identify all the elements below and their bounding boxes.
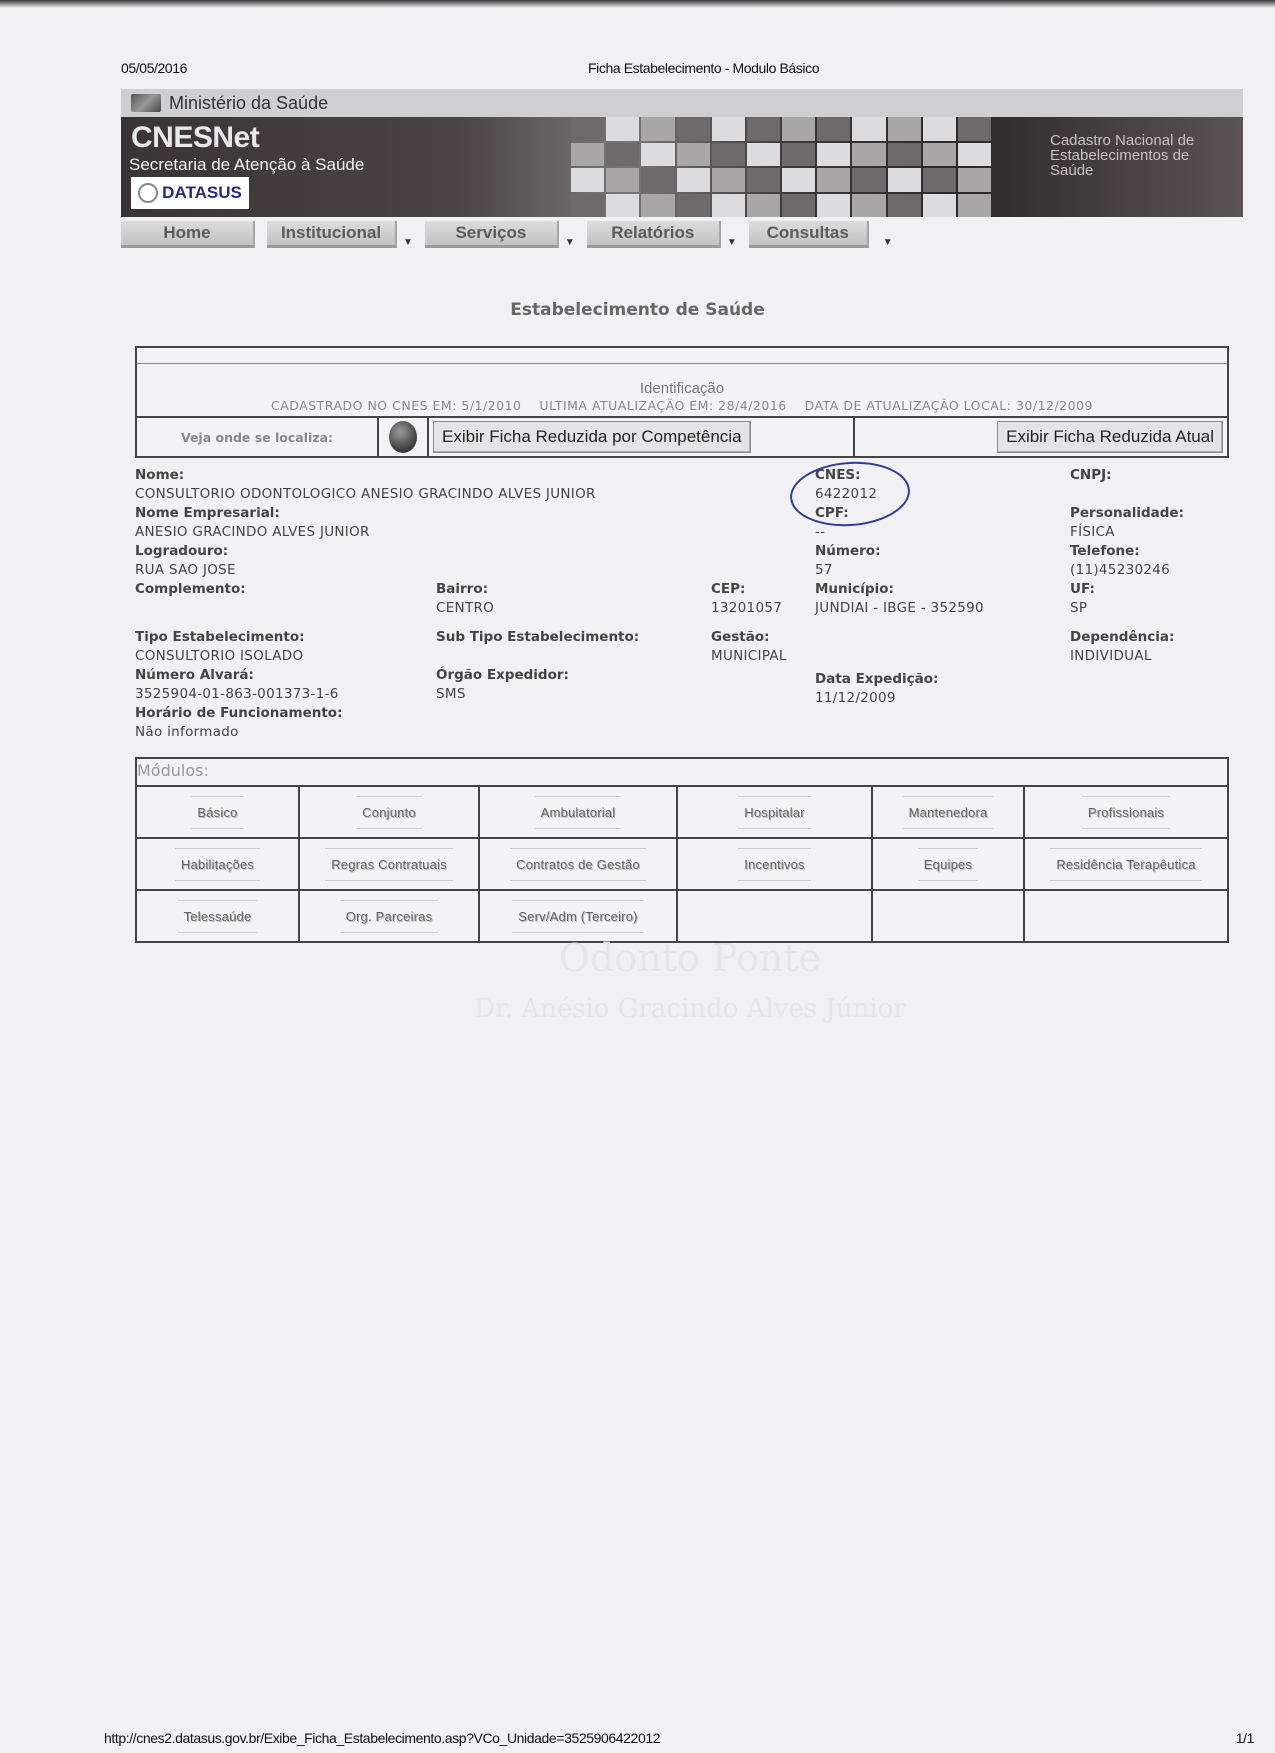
modulo-cell: Residência Terapêutica bbox=[1025, 839, 1227, 891]
menu-item-servicos[interactable]: Serviços ▼ bbox=[425, 220, 575, 248]
modulos-grid: BásicoConjuntoAmbulatorialHospitalarMant… bbox=[137, 785, 1227, 941]
menu-item-home[interactable]: Home bbox=[121, 220, 255, 248]
modulo-button[interactable]: Equipes bbox=[918, 848, 978, 881]
field-horario: Horário de Funcionamento: Não informado bbox=[135, 705, 342, 743]
field-personalidade: Personalidade: FÍSICA bbox=[1070, 505, 1184, 543]
field-telefone: Telefone: (11)45230246 bbox=[1070, 543, 1170, 581]
modulo-cell bbox=[678, 891, 873, 941]
watermark-name: Dr. Anésio Gracindo Alves Júnior bbox=[420, 994, 960, 1024]
field-logradouro: Logradouro: RUA SAO JOSE bbox=[135, 543, 236, 581]
modulo-button[interactable]: Regras Contratuais bbox=[325, 848, 453, 881]
site-banner: Ministério da Saúde CNESNet Secretaria d… bbox=[121, 89, 1243, 219]
field-cnpj: CNPJ: bbox=[1070, 467, 1112, 505]
cadastrado-date: CADASTRADO NO CNES EM: 5/1/2010 bbox=[271, 398, 522, 413]
chevron-down-icon[interactable]: ▼ bbox=[403, 237, 413, 248]
modulo-cell: Regras Contratuais bbox=[300, 839, 480, 891]
identificacao-dates: CADASTRADO NO CNES EM: 5/1/2010 ULTIMA A… bbox=[137, 398, 1227, 416]
modulos-title: Módulos: bbox=[137, 759, 1227, 785]
field-gestao: Gestão: MUNICIPAL bbox=[711, 629, 787, 667]
datasus-logo[interactable]: DATASUS bbox=[131, 177, 249, 209]
field-sub-tipo: Sub Tipo Estabelecimento: bbox=[436, 629, 639, 667]
app-logo[interactable]: CNESNet bbox=[131, 121, 259, 155]
modulo-button[interactable]: Incentivos bbox=[738, 848, 811, 881]
ultima-atualizacao-date: ULTIMA ATUALIZAÇÃO EM: 28/4/2016 bbox=[539, 398, 786, 413]
banner-tagline: Cadastro Nacional de Estabelecimentos de… bbox=[1050, 133, 1235, 178]
menu-home-button[interactable]: Home bbox=[121, 221, 255, 248]
modulo-button[interactable]: Mantenedora bbox=[903, 796, 994, 829]
chevron-down-icon[interactable]: ▼ bbox=[565, 237, 575, 248]
banner-photo-mosaic bbox=[571, 117, 991, 217]
modulo-cell: Básico bbox=[137, 787, 300, 839]
field-dependencia: Dependência: INDIVIDUAL bbox=[1070, 629, 1174, 667]
atual-cell: Exibir Ficha Reduzida Atual bbox=[855, 418, 1227, 456]
print-title: Ficha Estabelecimento - Modulo Básico bbox=[588, 60, 819, 76]
field-municipio: Município: JUNDIAI - IBGE - 352590 bbox=[815, 581, 984, 619]
main-menu: Home Institucional ▼ Serviços ▼ Relatóri… bbox=[121, 220, 905, 248]
modulo-button[interactable]: Habilitações bbox=[175, 848, 260, 881]
chevron-down-icon[interactable]: ▼ bbox=[727, 237, 737, 248]
menu-consultas-button[interactable]: Consultas bbox=[749, 221, 869, 248]
field-cpf: CPF: -- bbox=[815, 505, 849, 543]
field-numero-alvara: Número Alvará: 3525904-01-863-001373-1-6 bbox=[135, 667, 339, 705]
ficha-atual-button[interactable]: Exibir Ficha Reduzida Atual bbox=[997, 421, 1223, 453]
modulo-button[interactable]: Básico bbox=[191, 796, 243, 829]
menu-item-institucional[interactable]: Institucional ▼ bbox=[267, 220, 413, 248]
brazil-flag-icon bbox=[131, 94, 161, 112]
modulo-cell: Serv/Adm (Terceiro) bbox=[480, 891, 678, 941]
panel-header-strip bbox=[137, 348, 1227, 364]
field-nome-empresarial: Nome Empresarial: ANESIO GRACINDO ALVES … bbox=[135, 505, 370, 543]
globe-icon[interactable] bbox=[389, 421, 417, 453]
modulo-cell: Mantenedora bbox=[873, 787, 1025, 839]
menu-relatorios-button[interactable]: Relatórios bbox=[587, 221, 721, 248]
bleed-through-watermark: Odonto Ponte Dr. Anésio Gracindo Alves J… bbox=[420, 940, 960, 1024]
identificacao-panel: Identificação CADASTRADO NO CNES EM: 5/1… bbox=[135, 346, 1229, 458]
modulo-cell: Profissionais bbox=[1025, 787, 1227, 839]
ficha-competencia-button[interactable]: Exibir Ficha Reduzida por Competência bbox=[433, 421, 751, 453]
modulo-cell: Contratos de Gestão bbox=[480, 839, 678, 891]
modulo-cell: Telessaúde bbox=[137, 891, 300, 941]
page-title: Estabelecimento de Saúde bbox=[0, 300, 1275, 320]
menu-servicos-button[interactable]: Serviços bbox=[425, 221, 559, 248]
field-numero: Número: 57 bbox=[815, 543, 880, 581]
page-number: 1/1 bbox=[1236, 1730, 1254, 1746]
field-nome: Nome: CONSULTORIO ODONTOLOGICO ANESIO GR… bbox=[135, 467, 596, 505]
localiza-label: Veja onde se localiza: bbox=[137, 418, 379, 456]
chevron-down-icon[interactable]: ▼ bbox=[883, 237, 893, 248]
modulo-cell bbox=[1025, 891, 1227, 941]
print-date: 05/05/2016 bbox=[121, 60, 187, 76]
modulo-cell bbox=[873, 891, 1025, 941]
field-complemento: Complemento: bbox=[135, 581, 246, 619]
modulo-cell: Habilitações bbox=[137, 839, 300, 891]
modulo-cell: Conjunto bbox=[300, 787, 480, 839]
page-url: http://cnes2.datasus.gov.br/Exibe_Ficha_… bbox=[104, 1730, 660, 1746]
modulo-cell: Org. Parceiras bbox=[300, 891, 480, 941]
modulo-button[interactable]: Contratos de Gestão bbox=[510, 848, 646, 881]
modulo-button[interactable]: Conjunto bbox=[356, 796, 422, 829]
atualizacao-local-date: DATA DE ATUALIZAÇÃO LOCAL: 30/12/2009 bbox=[805, 398, 1093, 413]
menu-institucional-button[interactable]: Institucional bbox=[267, 221, 397, 248]
competencia-cell: Exibir Ficha Reduzida por Competência bbox=[429, 418, 855, 456]
scan-edge bbox=[0, 0, 1275, 8]
menu-item-consultas[interactable]: Consultas ▼ bbox=[749, 220, 893, 248]
globe-cell bbox=[379, 418, 429, 456]
modulo-button[interactable]: Ambulatorial bbox=[535, 796, 622, 829]
ministry-bar: Ministério da Saúde bbox=[121, 89, 1243, 117]
banner-band: CNESNet Secretaria de Atenção à Saúde DA… bbox=[121, 117, 1243, 217]
field-bairro: Bairro: CENTRO bbox=[436, 581, 494, 619]
field-uf: UF: SP bbox=[1070, 581, 1095, 619]
field-cnes: CNES: 6422012 bbox=[815, 467, 877, 505]
identificacao-actions: Veja onde se localiza: Exibir Ficha Redu… bbox=[137, 416, 1227, 456]
modulo-cell: Equipes bbox=[873, 839, 1025, 891]
ministry-name: Ministério da Saúde bbox=[169, 93, 328, 114]
modulo-cell: Ambulatorial bbox=[480, 787, 678, 839]
field-data-expedicao: Data Expedição: 11/12/2009 bbox=[815, 671, 938, 709]
identificacao-title: Identificação bbox=[137, 380, 1227, 397]
datasus-icon bbox=[138, 183, 158, 203]
modulo-button[interactable]: Serv/Adm (Terceiro) bbox=[512, 900, 643, 933]
field-tipo-estabelecimento: Tipo Estabelecimento: CONSULTORIO ISOLAD… bbox=[135, 629, 305, 667]
watermark-logo: Odonto Ponte bbox=[420, 940, 960, 976]
modulos-panel: Módulos: BásicoConjuntoAmbulatorialHospi… bbox=[135, 757, 1229, 943]
modulo-cell: Hospitalar bbox=[678, 787, 873, 839]
modulo-button[interactable]: Hospitalar bbox=[738, 796, 811, 829]
field-cep: CEP: 13201057 bbox=[711, 581, 782, 619]
modulo-button[interactable]: Residência Terapêutica bbox=[1050, 848, 1201, 881]
modulo-button[interactable]: Telessaúde bbox=[178, 900, 258, 933]
modulo-button[interactable]: Org. Parceiras bbox=[340, 900, 439, 933]
field-orgao-expedidor: Órgão Expedidor: SMS bbox=[436, 667, 569, 705]
modulo-button[interactable]: Profissionais bbox=[1082, 796, 1170, 829]
modulo-cell: Incentivos bbox=[678, 839, 873, 891]
secretaria-label: Secretaria de Atenção à Saúde bbox=[129, 155, 364, 175]
menu-item-relatorios[interactable]: Relatórios ▼ bbox=[587, 220, 737, 248]
